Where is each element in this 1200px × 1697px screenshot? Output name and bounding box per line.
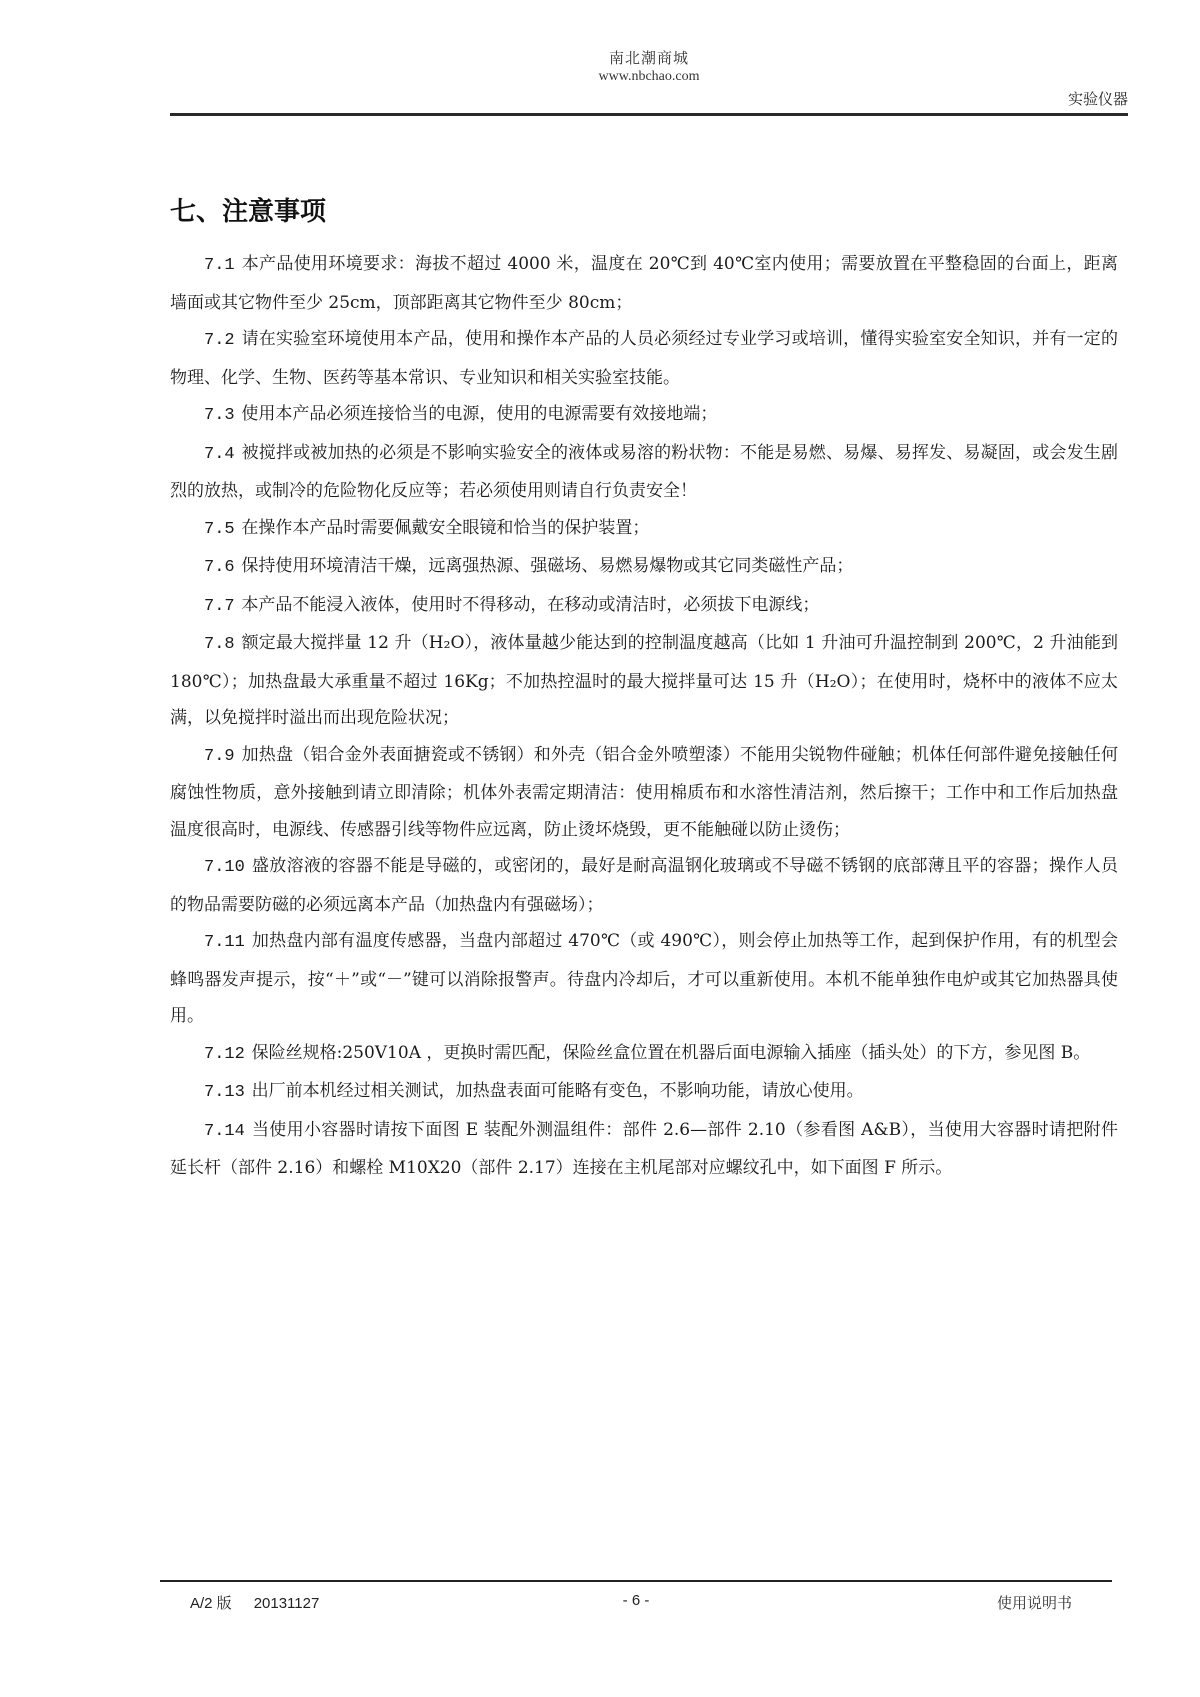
- item-text: 保险丝规格:250V10A ，更换时需匹配，保险丝盒位置在机器后面电源输入插座（…: [252, 1043, 1091, 1063]
- item-number: 7.2: [204, 331, 235, 350]
- item-number: 7.5: [204, 520, 235, 539]
- notice-item-7-7: 7.7本产品不能浸入液体，使用时不得移动，在移动或清洁时，必须拔下电源线；: [170, 587, 1118, 626]
- notice-item-7-8: 7.8额定最大搅拌量 12 升（H₂O），液体量越少能达到的控制温度越高（比如 …: [170, 625, 1118, 737]
- page-header: 南北潮商城 www.nbchao.com 实验仪器: [170, 0, 1128, 118]
- item-text: 盛放溶液的容器不能是导磁的，或密闭的，最好是耐高温钢化玻璃或不导磁不锈钢的底部薄…: [170, 856, 1118, 915]
- header-divider: [170, 113, 1128, 116]
- footer-divider: [160, 1580, 1112, 1582]
- notice-item-7-5: 7.5在操作本产品时需要佩戴安全眼镜和恰当的保护装置；: [170, 510, 1118, 549]
- notice-item-7-1: 7.1本产品使用环境要求：海拔不超过 4000 米，温度在 20℃到 40℃室内…: [170, 246, 1118, 321]
- notice-item-7-11: 7.11加热盘内部有温度传感器，当盘内部超过 470℃（或 490℃），则会停止…: [170, 923, 1118, 1035]
- item-text: 加热盘（铝合金外表面搪瓷或不锈钢）和外壳（铝合金外喷塑漆）不能用尖锐物件碰触；机…: [170, 745, 1118, 840]
- item-text: 出厂前本机经过相关测试，加热盘表面可能略有变色，不影响功能，请放心使用。: [252, 1081, 864, 1101]
- item-number: 7.4: [204, 445, 235, 464]
- section-title: 七、注意事项: [170, 192, 1118, 232]
- item-text: 在操作本产品时需要佩戴安全眼镜和恰当的保护装置；: [241, 518, 649, 538]
- item-number: 7.8: [204, 635, 235, 654]
- notice-item-7-6: 7.6保持使用环境清洁干燥，远离强热源、强磁场、易燃易爆物或其它同类磁性产品；: [170, 548, 1118, 587]
- header-category: 实验仪器: [1068, 88, 1128, 109]
- notice-item-7-2: 7.2请在实验室环境使用本产品，使用和操作本产品的人员必须经过专业学习或培训，懂…: [170, 321, 1118, 396]
- item-text: 加热盘内部有温度传感器，当盘内部超过 470℃（或 490℃），则会停止加热等工…: [170, 931, 1118, 1026]
- item-text: 本产品使用环境要求：海拔不超过 4000 米，温度在 20℃到 40℃室内使用；…: [170, 254, 1118, 313]
- item-number: 7.1: [204, 256, 235, 275]
- site-name: 南北潮商城: [170, 48, 1128, 68]
- item-text: 被搅拌或被加热的必须是不影响实验安全的液体或易溶的粉状物：不能是易燃、易爆、易挥…: [170, 443, 1118, 502]
- notice-item-7-3: 7.3使用本产品必须连接恰当的电源，使用的电源需要有效接地端；: [170, 396, 1118, 435]
- notice-item-7-14: 7.14当使用小容器时请按下面图 E 装配外测温组件：部件 2.6—部件 2.1…: [170, 1112, 1118, 1187]
- notice-item-7-9: 7.9加热盘（铝合金外表面搪瓷或不锈钢）和外壳（铝合金外喷塑漆）不能用尖锐物件碰…: [170, 737, 1118, 849]
- item-number: 7.13: [204, 1083, 245, 1102]
- item-number: 7.11: [204, 933, 245, 952]
- item-text: 保持使用环境清洁干燥，远离强热源、强磁场、易燃易爆物或其它同类磁性产品；: [241, 556, 853, 576]
- item-text: 请在实验室环境使用本产品，使用和操作本产品的人员必须经过专业学习或培训，懂得实验…: [170, 329, 1118, 388]
- page-footer: A/2 版20131127 - 6 - 使用说明书: [160, 1580, 1112, 1640]
- item-number: 7.6: [204, 558, 235, 577]
- site-url[interactable]: www.nbchao.com: [170, 68, 1128, 86]
- item-number: 7.9: [204, 747, 235, 766]
- page-content: 七、注意事项 7.1本产品使用环境要求：海拔不超过 4000 米，温度在 20℃…: [170, 192, 1118, 1187]
- item-text: 使用本产品必须连接恰当的电源，使用的电源需要有效接地端；: [241, 404, 717, 424]
- header-brand: 南北潮商城 www.nbchao.com: [170, 48, 1128, 86]
- item-text: 当使用小容器时请按下面图 E 装配外测温组件：部件 2.6—部件 2.10（参看…: [170, 1120, 1118, 1179]
- page-number: - 6 -: [160, 1592, 1112, 1609]
- notice-item-7-13: 7.13出厂前本机经过相关测试，加热盘表面可能略有变色，不影响功能，请放心使用。: [170, 1073, 1118, 1112]
- notice-item-7-10: 7.10盛放溶液的容器不能是导磁的，或密闭的，最好是耐高温钢化玻璃或不导磁不锈钢…: [170, 848, 1118, 923]
- item-number: 7.14: [204, 1122, 245, 1141]
- item-text: 额定最大搅拌量 12 升（H₂O），液体量越少能达到的控制温度越高（比如 1 升…: [170, 633, 1118, 728]
- item-number: 7.10: [204, 858, 245, 877]
- document-type: 使用说明书: [997, 1592, 1072, 1613]
- item-text: 本产品不能浸入液体，使用时不得移动，在移动或清洁时，必须拔下电源线；: [241, 595, 819, 615]
- notice-item-7-12: 7.12保险丝规格:250V10A ，更换时需匹配，保险丝盒位置在机器后面电源输…: [170, 1035, 1118, 1074]
- item-number: 7.3: [204, 406, 235, 425]
- notice-item-7-4: 7.4被搅拌或被加热的必须是不影响实验安全的液体或易溶的粉状物：不能是易燃、易爆…: [170, 435, 1118, 510]
- item-number: 7.12: [204, 1045, 245, 1064]
- item-number: 7.7: [204, 597, 235, 616]
